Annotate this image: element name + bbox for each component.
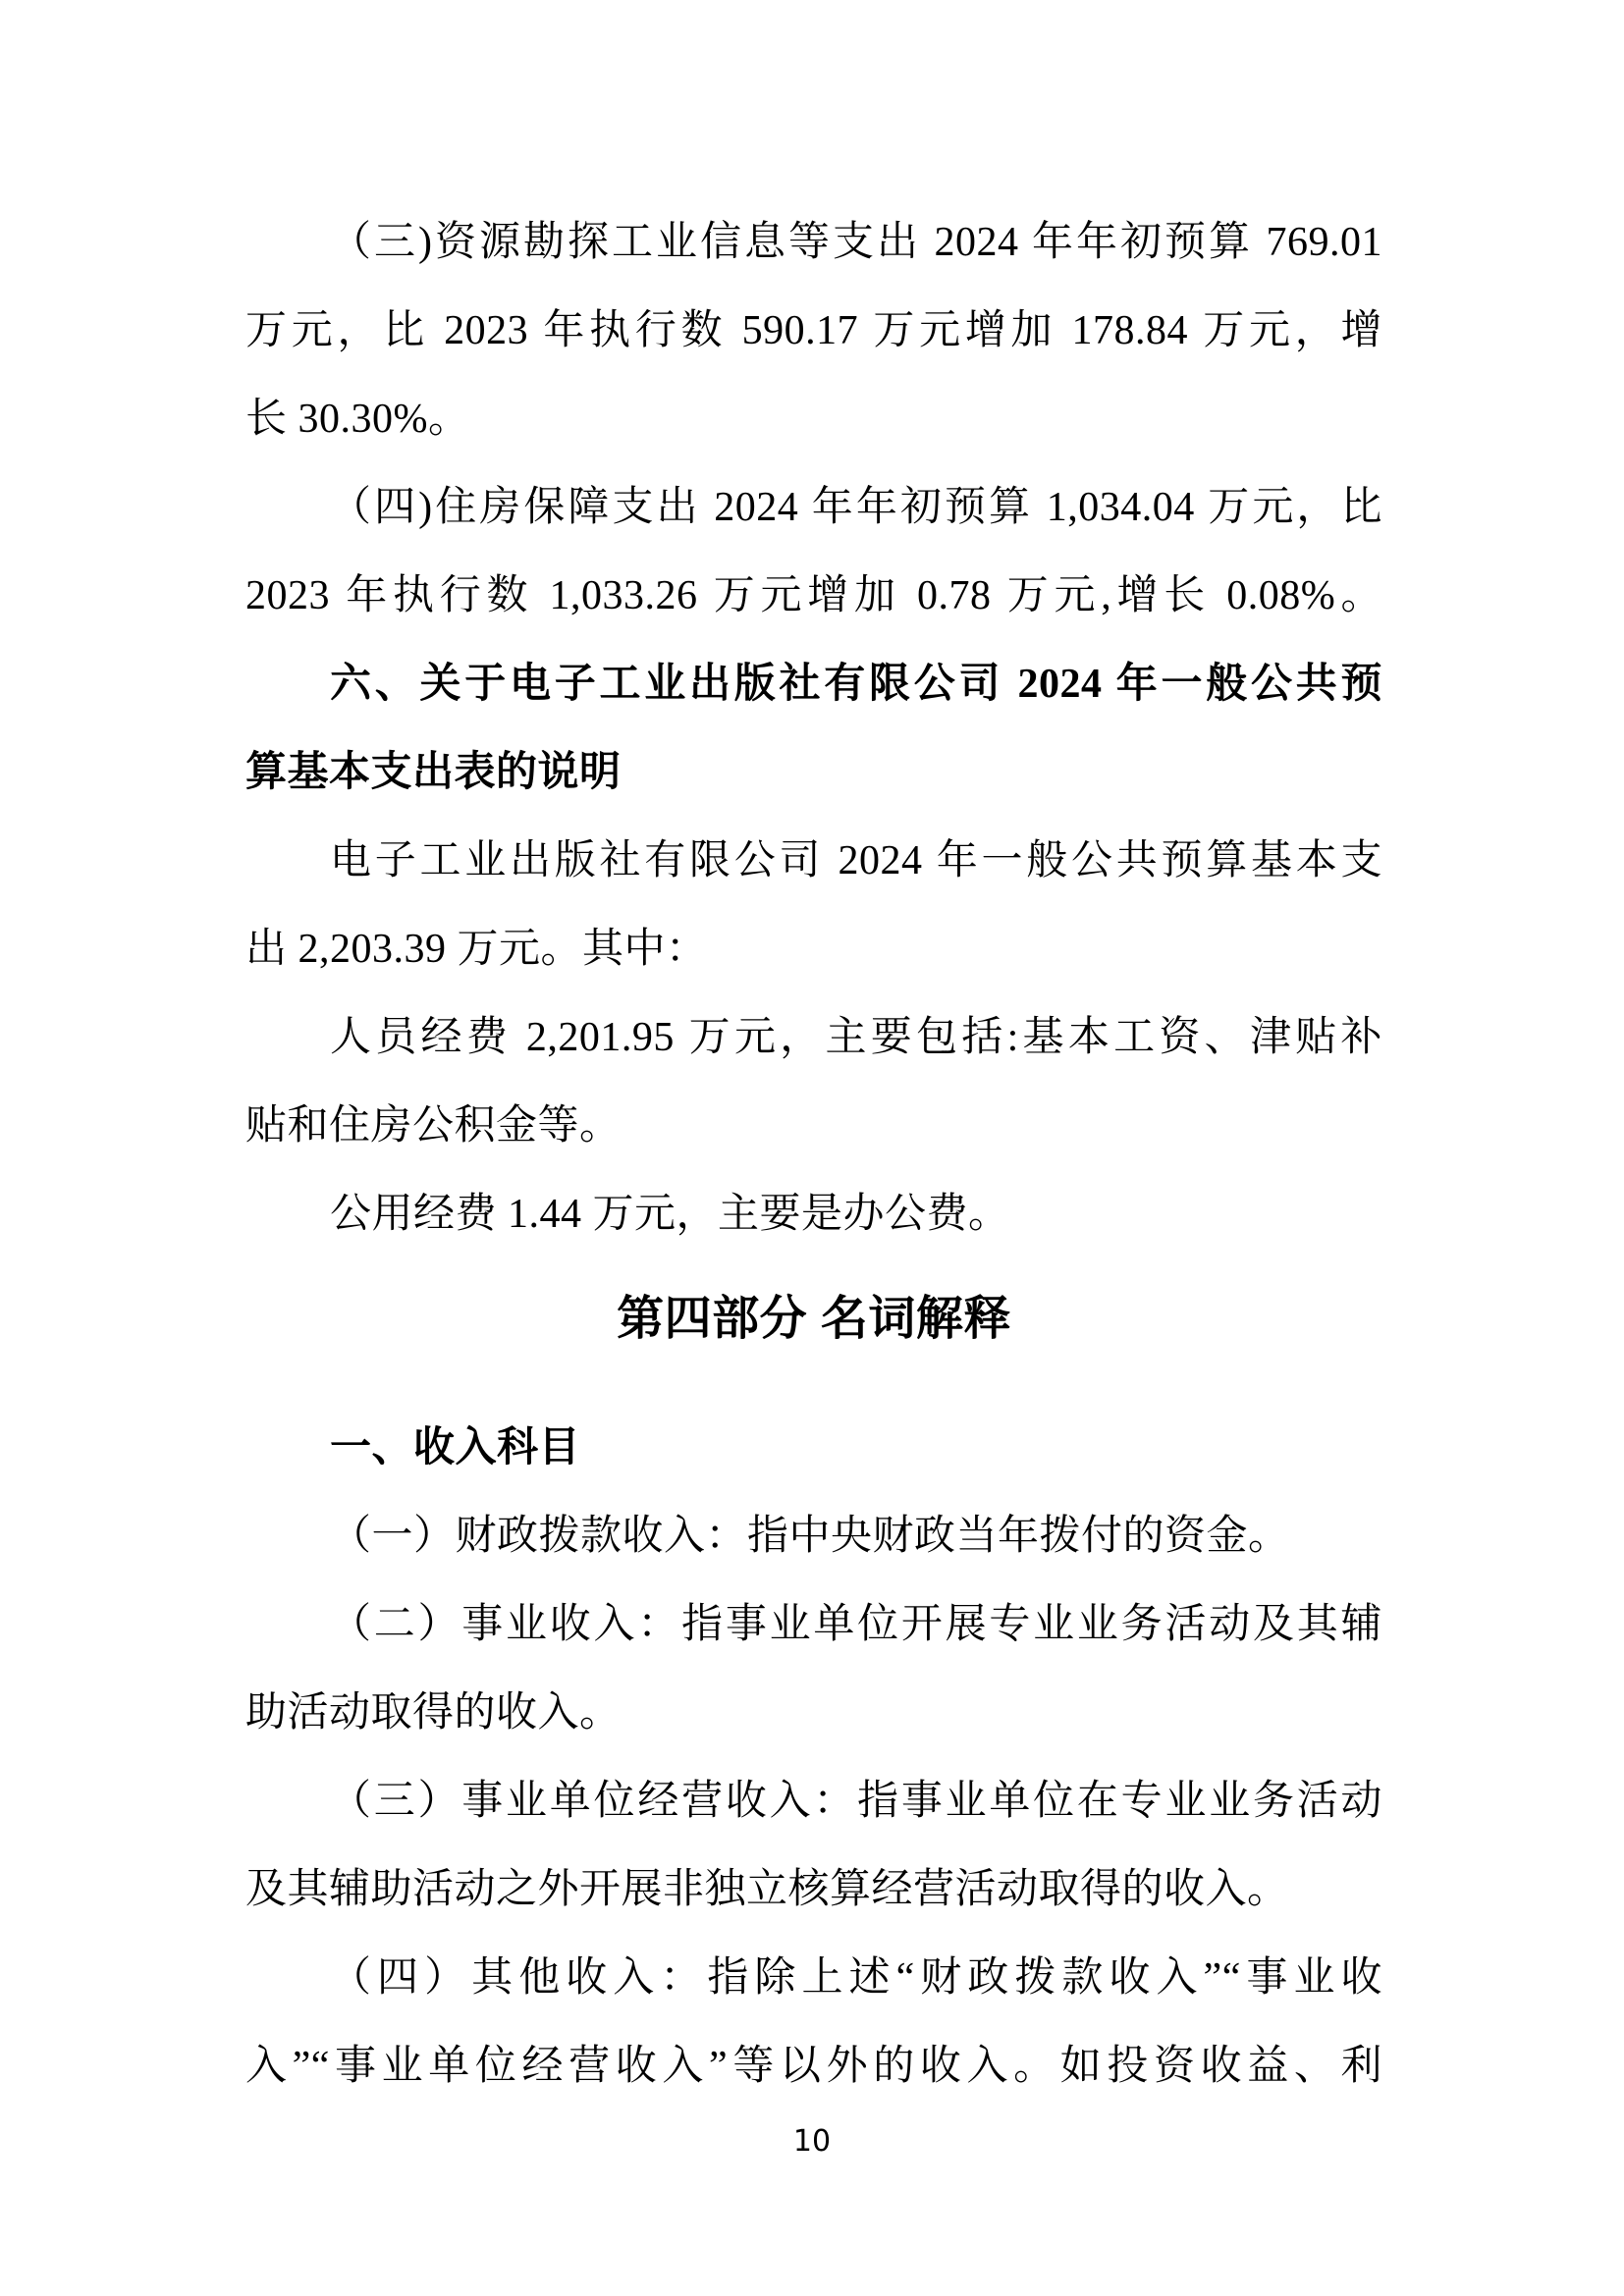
text-line: （三）事业单位经营收入：指事业单位在专业业务活动 bbox=[245, 1757, 1382, 1845]
text-line: 助活动取得的收入。 bbox=[245, 1669, 1382, 1757]
text-line: 六、关于电子工业出版社有限公司 2024 年一般公共预 bbox=[245, 640, 1382, 728]
text-line: 公用经费 1.44 万元，主要是办公费。 bbox=[245, 1170, 1382, 1258]
text-line: 2023 年执行数 1,033.26 万元增加 0.78 万元,增长 0.08%… bbox=[245, 552, 1382, 640]
text-line: 人员经费 2,201.95 万元，主要包括:基本工资、津贴补 bbox=[245, 993, 1382, 1082]
text-line: 长 30.30%。 bbox=[245, 375, 1382, 463]
text-line: 电子工业出版社有限公司 2024 年一般公共预算基本支 bbox=[245, 817, 1382, 905]
text-line: 万元，比 2023 年执行数 590.17 万元增加 178.84 万元，增 bbox=[245, 287, 1382, 375]
text-line: （二）事业收入：指事业单位开展专业业务活动及其辅 bbox=[245, 1580, 1382, 1669]
text-line: 一、收入科目 bbox=[245, 1404, 1382, 1492]
text-line: （四）其他收入：指除上述“财政拨款收入”“事业收 bbox=[245, 1934, 1382, 2022]
text-line: 及其辅助活动之外开展非独立核算经营活动取得的收入。 bbox=[245, 1845, 1382, 1934]
text-line: （三)资源勘探工业信息等支出 2024 年年初预算 769.01 bbox=[245, 198, 1382, 287]
document-body: （三)资源勘探工业信息等支出 2024 年年初预算 769.01万元，比 202… bbox=[245, 198, 1382, 2110]
page-number: 10 bbox=[0, 2120, 1624, 2163]
text-line: 出 2,203.39 万元。其中： bbox=[245, 905, 1382, 993]
text-line: 贴和住房公积金等。 bbox=[245, 1082, 1382, 1170]
text-line: （四)住房保障支出 2024 年年初预算 1,034.04 万元，比 bbox=[245, 463, 1382, 552]
text-line: 算基本支出表的说明 bbox=[245, 728, 1382, 817]
text-line: （一）财政拨款收入：指中央财政当年拨付的资金。 bbox=[245, 1492, 1382, 1580]
document-page: （三)资源勘探工业信息等支出 2024 年年初预算 769.01万元，比 202… bbox=[0, 0, 1624, 2296]
section-heading: 第四部分 名词解释 bbox=[245, 1270, 1382, 1368]
text-line: 入”“事业单位经营收入”等以外的收入。如投资收益、利 bbox=[245, 2022, 1382, 2110]
